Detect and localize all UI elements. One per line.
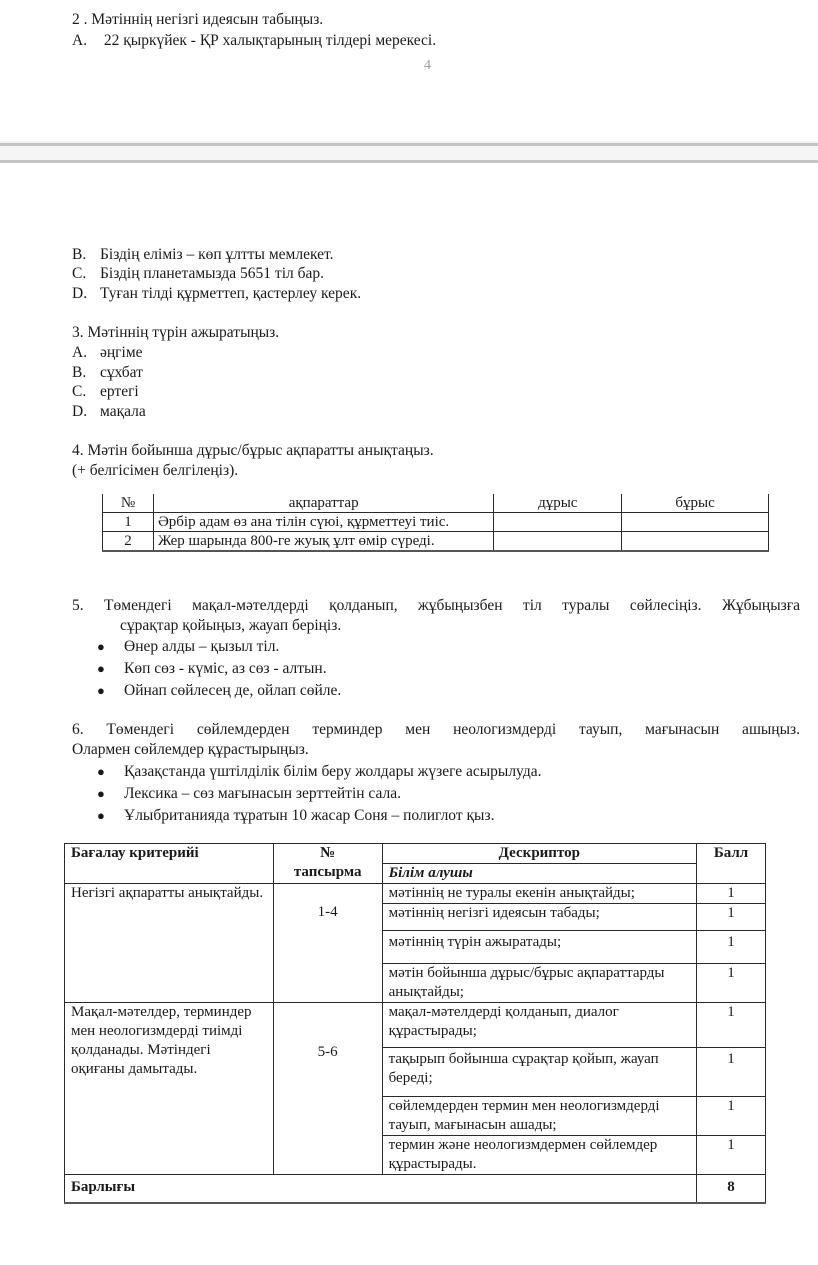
question-2-option-c: C.Біздің планетамызда 5651 тіл бар.: [72, 264, 324, 284]
column-header-info: ақпараттар: [153, 494, 493, 513]
list-item-text: Өнер алды – қызыл тіл.: [124, 638, 279, 655]
descriptor-cell: мақал-мәтелдерді қолданып, диалог құраст…: [382, 1003, 696, 1048]
option-letter: D.: [72, 402, 100, 422]
row-true-cell[interactable]: [494, 513, 622, 532]
table-row: Мақал-мәтелдер, терминдер мен неологизмд…: [65, 1003, 766, 1048]
column-header-descriptor: Дескриптор: [382, 844, 696, 864]
total-score: 8: [697, 1175, 766, 1204]
column-header-true: дұрыс: [494, 494, 622, 513]
table-header-row: Бағалау критерийі № тапсырма Дескриптор …: [65, 844, 766, 864]
descriptor-cell: мәтіннің түрін ажыратады;: [382, 931, 696, 964]
option-letter: B.: [72, 363, 100, 383]
option-text: ертегі: [100, 383, 139, 400]
question-2-option-b: B.Біздің еліміз – көп ұлтты мемлекет.: [72, 245, 333, 265]
table-row: 2 Жер шарында 800-ге жуық ұлт өмір сүред…: [103, 532, 769, 552]
question-3-title: 3. Мәтіннің түрін ажыратыңыз.: [72, 323, 279, 343]
total-label: Барлығы: [65, 1175, 697, 1204]
row-true-cell[interactable]: [494, 532, 622, 552]
row-number: 2: [103, 532, 154, 552]
option-text: сұхбат: [100, 364, 143, 381]
descriptor-cell: мәтіннің негізгі идеясын табады;: [382, 904, 696, 931]
bullet-icon: ●: [97, 783, 124, 805]
row-info: Әрбір адам өз ана тілін сүюі, құрметтеуі…: [153, 513, 493, 532]
question-3-option-a: A.әңгіме: [72, 343, 143, 363]
score-cell: 1: [697, 931, 766, 964]
descriptor-cell: термин және неологизмдермен сөйлемдер құ…: [382, 1136, 696, 1175]
task-number-symbol: №: [280, 844, 376, 863]
list-item: ●Лексика – сөз мағынасын зерттейтін сала…: [97, 783, 541, 805]
option-letter: C.: [72, 264, 100, 284]
criteria-cell: Мақал-мәтелдер, терминдер мен неологизмд…: [65, 1003, 274, 1175]
table-row: 1 Әрбір адам өз ана тілін сүюі, құрметте…: [103, 513, 769, 532]
question-6-title-line1: 6. Төмендегі сөйлемдерден терминдер мен …: [72, 720, 800, 740]
score-cell: 1: [697, 904, 766, 931]
list-item: ●Ойнап сөйлесең де, ойлап сөйле.: [97, 680, 341, 702]
table-row: Негізгі ақпаратты анықтайды. 1-4 мәтінні…: [65, 884, 766, 904]
total-row: Барлығы 8: [65, 1175, 766, 1204]
score-cell: 1: [697, 1048, 766, 1097]
question-3-option-b: B.сұхбат: [72, 363, 143, 383]
column-header-score: Балл: [697, 844, 766, 884]
score-cell: 1: [697, 1136, 766, 1175]
question-2-title: 2 . Мәтіннің негізгі идеясын табыңыз.: [72, 10, 323, 30]
row-false-cell[interactable]: [622, 532, 769, 552]
list-item: ●Қазақстанда үштілділік білім беру жолда…: [97, 761, 541, 783]
column-header-criteria: Бағалау критерийі: [65, 844, 274, 884]
option-letter: A.: [72, 343, 100, 363]
assessment-criteria-table: Бағалау критерийі № тапсырма Дескриптор …: [64, 843, 766, 1204]
page-number: 4: [424, 58, 431, 74]
bullet-icon: ●: [97, 761, 124, 783]
criteria-cell: Негізгі ақпаратты анықтайды.: [65, 884, 274, 1003]
task-range-cell: 5-6: [273, 1003, 382, 1175]
score-cell: 1: [697, 884, 766, 904]
list-item-text: Лексика – сөз мағынасын зерттейтін сала.: [124, 785, 401, 802]
list-item-text: Қазақстанда үштілділік білім беру жолдар…: [124, 763, 541, 780]
option-text: Біздің планетамызда 5651 тіл бар.: [100, 265, 324, 282]
question-5-title-line1: 5. Төмендегі мақал-мәтелдерді қолданып, …: [72, 596, 800, 616]
option-letter: А.: [72, 31, 100, 51]
list-item: ●Өнер алды – қызыл тіл.: [97, 636, 341, 658]
question-2-option-a: А. 22 қыркүйек - ҚР халықтарының тілдері…: [72, 31, 436, 51]
descriptor-cell: сөйлемдерден термин мен неологизмдерді т…: [382, 1097, 696, 1136]
option-text: әңгіме: [100, 344, 143, 361]
option-letter: D.: [72, 284, 100, 304]
question-6-sentences-list: ●Қазақстанда үштілділік білім беру жолда…: [97, 761, 541, 827]
bullet-icon: ●: [97, 658, 124, 680]
bullet-icon: ●: [97, 636, 124, 658]
question-4-subtitle: (+ белгісімен белгілеңіз).: [72, 461, 238, 481]
option-letter: C.: [72, 382, 100, 402]
row-false-cell[interactable]: [622, 513, 769, 532]
column-header-number: №: [103, 494, 154, 513]
true-false-table: № ақпараттар дұрыс бұрыс 1 Әрбір адам өз…: [102, 494, 769, 552]
option-text: Туған тілді құрметтеп, қастерлеу керек.: [100, 285, 361, 302]
option-text: 22 қыркүйек - ҚР халықтарының тілдері ме…: [100, 32, 436, 49]
row-number: 1: [103, 513, 154, 532]
question-5-proverbs-list: ●Өнер алды – қызыл тіл. ●Көп сөз - күміс…: [97, 636, 341, 702]
question-3-option-d: D.мақала: [72, 402, 146, 422]
row-info: Жер шарында 800-ге жуық ұлт өмір сүреді.: [153, 532, 493, 552]
option-text: Біздің еліміз – көп ұлтты мемлекет.: [100, 246, 333, 263]
bullet-icon: ●: [97, 805, 124, 827]
descriptor-subheader: Білім алушы: [382, 864, 696, 884]
list-item-text: Көп сөз - күміс, аз сөз - алтын.: [124, 660, 327, 677]
task-number-label: тапсырма: [280, 863, 376, 882]
question-4-title: 4. Мәтін бойынша дұрыс/бұрыс ақпаратты а…: [72, 441, 434, 461]
descriptor-cell: тақырып бойынша сұрақтар қойып, жауап бе…: [382, 1048, 696, 1097]
page-break: [0, 143, 818, 163]
question-6-title-line2: Олармен сөйлемдер құрастырыңыз.: [72, 740, 309, 760]
table-header-row: № ақпараттар дұрыс бұрыс: [103, 494, 769, 513]
list-item: ●Көп сөз - күміс, аз сөз - алтын.: [97, 658, 341, 680]
score-cell: 1: [697, 964, 766, 1003]
list-item-text: Ойнап сөйлесең де, ойлап сөйле.: [124, 682, 341, 699]
question-3-option-c: C.ертегі: [72, 382, 139, 402]
list-item-text: Ұлыбританияда тұратын 10 жасар Соня – по…: [124, 807, 494, 824]
descriptor-cell: мәтін бойынша дұрыс/бұрыс ақпараттарды а…: [382, 964, 696, 1003]
option-text: мақала: [100, 403, 146, 420]
score-cell: 1: [697, 1003, 766, 1048]
score-cell: 1: [697, 1097, 766, 1136]
option-letter: B.: [72, 245, 100, 265]
question-2-option-d: D.Туған тілді құрметтеп, қастерлеу керек…: [72, 284, 361, 304]
column-header-task-number: № тапсырма: [273, 844, 382, 884]
question-5-title-line2: сұрақтар қойыңыз, жауап беріңіз.: [120, 616, 341, 636]
descriptor-cell: мәтіннің не туралы екенін анықтайды;: [382, 884, 696, 904]
column-header-false: бұрыс: [622, 494, 769, 513]
list-item: ●Ұлыбританияда тұратын 10 жасар Соня – п…: [97, 805, 541, 827]
bullet-icon: ●: [97, 680, 124, 702]
task-range-cell: 1-4: [273, 884, 382, 1003]
